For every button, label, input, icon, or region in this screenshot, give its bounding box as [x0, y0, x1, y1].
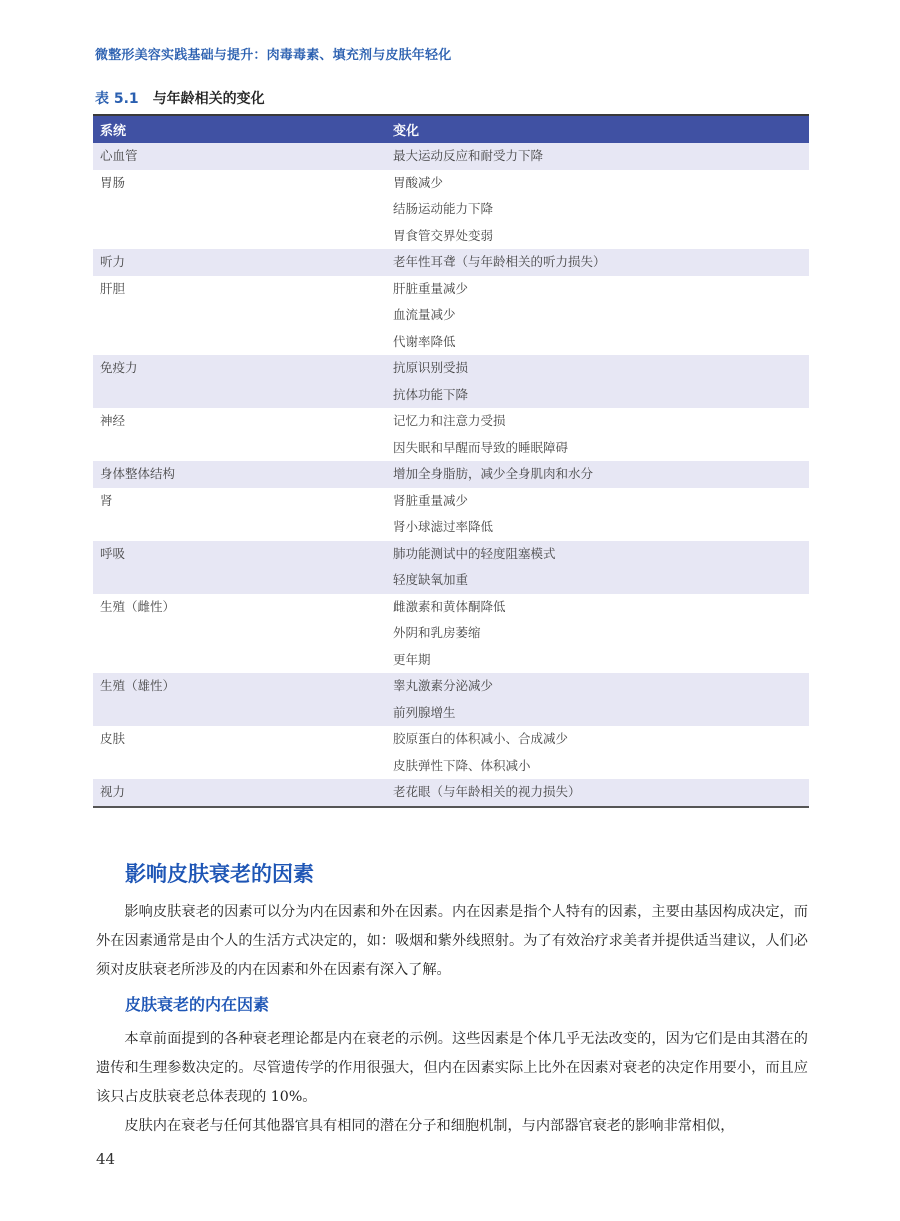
- cell-change-item: 胶原蛋白的体积减小、合成减少: [393, 726, 809, 753]
- cell-change-item: 抗体功能下降: [393, 382, 809, 409]
- table-row: 身体整体结构增加全身脂肪，减少全身肌肉和水分: [93, 461, 809, 488]
- cell-system: 听力: [93, 249, 393, 276]
- age-changes-table: 系统 变化 心血管最大运动反应和耐受力下降胃肠胃酸减少结肠运动能力下降胃食管交界…: [93, 114, 809, 808]
- cell-change-item: 胃食管交界处变弱: [393, 223, 809, 250]
- table-caption-number: 表 5.1: [95, 91, 139, 107]
- running-header: 微整形美容实践基础与提升：肉毒毒素、填充剂与皮肤年轻化: [95, 44, 451, 63]
- cell-changes: 肺功能测试中的轻度阻塞模式轻度缺氧加重: [393, 541, 809, 594]
- cell-change-item: 抗原识别受损: [393, 355, 809, 382]
- cell-changes: 肾脏重量减少肾小球滤过率降低: [393, 488, 809, 541]
- table-header-row: 系统 变化: [93, 116, 809, 143]
- page-number: 44: [96, 1150, 115, 1168]
- cell-changes: 老年性耳聋（与年龄相关的听力损失）: [393, 249, 809, 276]
- table-row: 生殖（雌性）雌激素和黄体酮降低外阴和乳房萎缩更年期: [93, 594, 809, 674]
- section-title: 影响皮肤衰老的因素: [125, 858, 314, 888]
- cell-changes: 最大运动反应和耐受力下降: [393, 143, 809, 170]
- cell-change-item: 外阴和乳房萎缩: [393, 620, 809, 647]
- cell-changes: 肝脏重量减少血流量减少代谢率降低: [393, 276, 809, 356]
- table-caption: 表 5.1与年龄相关的变化: [95, 88, 265, 108]
- cell-system: 生殖（雌性）: [93, 594, 393, 674]
- cell-change-item: 老年性耳聋（与年龄相关的听力损失）: [393, 249, 809, 276]
- cell-change-item: 肾脏重量减少: [393, 488, 809, 515]
- table-caption-title: 与年龄相关的变化: [153, 91, 265, 107]
- table-row: 呼吸肺功能测试中的轻度阻塞模式轻度缺氧加重: [93, 541, 809, 594]
- cell-changes: 雌激素和黄体酮降低外阴和乳房萎缩更年期: [393, 594, 809, 674]
- header-change: 变化: [393, 120, 809, 139]
- cell-system: 视力: [93, 779, 393, 806]
- table-row: 听力老年性耳聋（与年龄相关的听力损失）: [93, 249, 809, 276]
- cell-changes: 胶原蛋白的体积减小、合成减少皮肤弹性下降、体积减小: [393, 726, 809, 779]
- cell-change-item: 血流量减少: [393, 302, 809, 329]
- cell-changes: 胃酸减少结肠运动能力下降胃食管交界处变弱: [393, 170, 809, 250]
- cell-changes: 记忆力和注意力受损因失眠和早醒而导致的睡眠障碍: [393, 408, 809, 461]
- cell-system: 肾: [93, 488, 393, 541]
- cell-change-item: 更年期: [393, 647, 809, 674]
- cell-system: 皮肤: [93, 726, 393, 779]
- cell-change-item: 轻度缺氧加重: [393, 567, 809, 594]
- cell-change-item: 睾丸激素分泌减少: [393, 673, 809, 700]
- cell-change-item: 前列腺增生: [393, 700, 809, 727]
- subsection-title: 皮肤衰老的内在因素: [125, 992, 269, 1015]
- cell-system: 肝胆: [93, 276, 393, 356]
- cell-change-item: 代谢率降低: [393, 329, 809, 356]
- cell-change-item: 因失眠和早醒而导致的睡眠障碍: [393, 435, 809, 462]
- cell-system: 呼吸: [93, 541, 393, 594]
- table-row: 皮肤胶原蛋白的体积减小、合成减少皮肤弹性下降、体积减小: [93, 726, 809, 779]
- section-paragraph: 影响皮肤衰老的因素可以分为内在因素和外在因素。内在因素是指个人特有的因素，主要由…: [96, 898, 808, 985]
- cell-change-item: 肾小球滤过率降低: [393, 514, 809, 541]
- subsection-paragraph-1: 本章前面提到的各种衰老理论都是内在衰老的示例。这些因素是个体几乎无法改变的，因为…: [96, 1025, 808, 1112]
- header-system: 系统: [93, 120, 393, 139]
- cell-changes: 抗原识别受损抗体功能下降: [393, 355, 809, 408]
- table-row: 肝胆肝脏重量减少血流量减少代谢率降低: [93, 276, 809, 356]
- cell-system: 免疫力: [93, 355, 393, 408]
- cell-changes: 增加全身脂肪，减少全身肌肉和水分: [393, 461, 809, 488]
- cell-change-item: 肝脏重量减少: [393, 276, 809, 303]
- cell-changes: 老花眼（与年龄相关的视力损失）: [393, 779, 809, 806]
- table-row: 视力老花眼（与年龄相关的视力损失）: [93, 779, 809, 806]
- cell-changes: 睾丸激素分泌减少前列腺增生: [393, 673, 809, 726]
- cell-change-item: 记忆力和注意力受损: [393, 408, 809, 435]
- subsection-paragraph-2: 皮肤内在衰老与任何其他器官具有相同的潜在分子和细胞机制，与内部器官衰老的影响非常…: [96, 1112, 808, 1141]
- cell-system: 神经: [93, 408, 393, 461]
- cell-change-item: 最大运动反应和耐受力下降: [393, 143, 809, 170]
- cell-change-item: 老花眼（与年龄相关的视力损失）: [393, 779, 809, 806]
- table-row: 免疫力抗原识别受损抗体功能下降: [93, 355, 809, 408]
- cell-change-item: 雌激素和黄体酮降低: [393, 594, 809, 621]
- cell-change-item: 皮肤弹性下降、体积减小: [393, 753, 809, 780]
- cell-system: 胃肠: [93, 170, 393, 250]
- table-row: 肾肾脏重量减少肾小球滤过率降低: [93, 488, 809, 541]
- cell-change-item: 肺功能测试中的轻度阻塞模式: [393, 541, 809, 568]
- table-row: 心血管最大运动反应和耐受力下降: [93, 143, 809, 170]
- cell-system: 心血管: [93, 143, 393, 170]
- table-row: 神经记忆力和注意力受损因失眠和早醒而导致的睡眠障碍: [93, 408, 809, 461]
- cell-system: 身体整体结构: [93, 461, 393, 488]
- table-row: 生殖（雄性）睾丸激素分泌减少前列腺增生: [93, 673, 809, 726]
- table-body: 心血管最大运动反应和耐受力下降胃肠胃酸减少结肠运动能力下降胃食管交界处变弱听力老…: [93, 143, 809, 806]
- cell-change-item: 结肠运动能力下降: [393, 196, 809, 223]
- table-row: 胃肠胃酸减少结肠运动能力下降胃食管交界处变弱: [93, 170, 809, 250]
- cell-system: 生殖（雄性）: [93, 673, 393, 726]
- cell-change-item: 增加全身脂肪，减少全身肌肉和水分: [393, 461, 809, 488]
- cell-change-item: 胃酸减少: [393, 170, 809, 197]
